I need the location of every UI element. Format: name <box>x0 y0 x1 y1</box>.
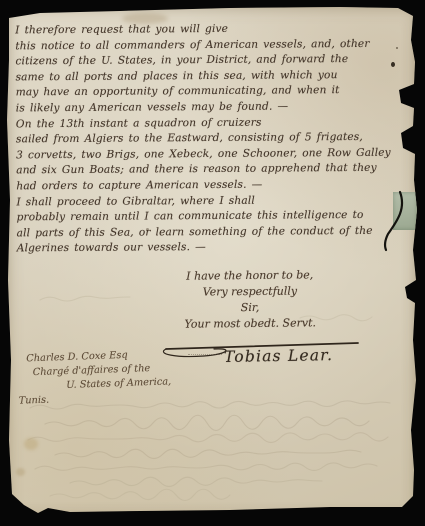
pencil-mark <box>188 352 222 355</box>
recipient-address: Charles D. Coxe EsqChargé d'affaires of … <box>17 347 172 408</box>
closing-block: I have the honor to be,Very respectfully… <box>130 267 371 334</box>
ink-speck <box>146 228 149 231</box>
paragraph: I therefore request that you will giveth… <box>15 21 400 117</box>
paragraph: I shall proceed to Gibraltar, where I sh… <box>16 192 400 257</box>
manuscript-line: citizens of the U. States, in your Distr… <box>15 52 399 70</box>
photo-mat: I therefore request that you will giveth… <box>0 0 425 526</box>
letter-page: I therefore request that you will giveth… <box>0 0 425 526</box>
letter-body: I therefore request that you will giveth… <box>15 21 401 258</box>
manuscript-line: Algerines towards our vessels. — <box>17 239 401 257</box>
closing-line: Your most obedt. Servt. <box>130 315 370 334</box>
tear-mark <box>378 190 418 252</box>
manuscript-line: all parts of this Sea, or learn somethin… <box>17 223 401 241</box>
signature: Tobias Lear. <box>224 346 334 366</box>
stain <box>24 438 38 450</box>
ink-speck <box>391 62 395 67</box>
stain <box>16 468 25 476</box>
ink-speck <box>396 47 398 49</box>
paragraph: On the 13th instant a squadron of cruize… <box>16 114 401 195</box>
manuscript-line: and six Gun Boats; and there is reason t… <box>16 161 400 179</box>
